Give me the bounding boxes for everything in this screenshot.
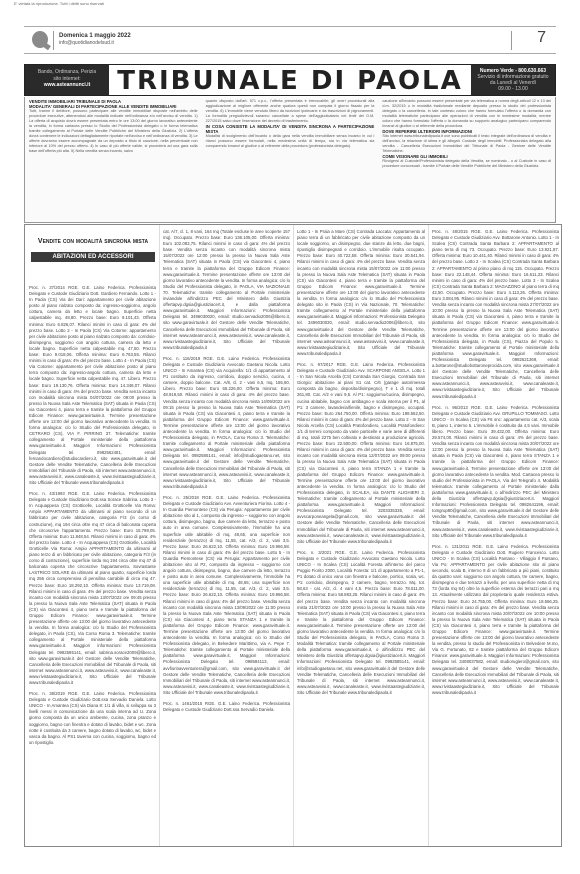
service-hours: 09.00 - 13.00	[498, 86, 527, 92]
listing-item: Proc. n. 38/2019 RGE. G.E. Laino Federic…	[29, 691, 156, 746]
section-title: Vendite con modalità sincrona mista	[31, 237, 155, 246]
column-divider	[428, 225, 429, 846]
listing-item: Proc. n. 37/2014 RGE. G.E. Laino Federic…	[29, 285, 156, 486]
intro-text: Sito internet www.tribunaledipaola.it ov…	[382, 134, 551, 154]
listing-item: Proc. n. 3/2021 RGE. G.E. Laino Federica…	[297, 550, 425, 696]
masthead-left-line: Bando, Ordinanza, Perizia	[38, 69, 96, 75]
listings-frame: Vendite con modalità sincrona mista ABIT…	[24, 224, 562, 847]
listing-item: cat. A/7, cl. 1, 8 vani, 164 mq (Totale …	[163, 229, 290, 351]
listing-item: Proc. n. 97/2017 RGE. G.E. Laino Federic…	[297, 362, 425, 545]
listing-item: Proc. n. 48/2015 RGE. G.E. Laino Federic…	[432, 229, 559, 400]
contact-email[interactable]: info@quotidianodelsud.it	[59, 40, 114, 46]
intro-column: cauzione all'incanto possono essere pres…	[382, 99, 551, 220]
listing-column-1: Proc. n. 37/2014 RGE. G.E. Laino Federic…	[29, 285, 156, 751]
listing-column-4: Proc. n. 48/2015 RGE. G.E. Laino Federic…	[432, 229, 559, 701]
listing-item: Proc. n. 131/2011 RGE. G.E. Laino Federi…	[432, 544, 559, 696]
intro-heading: IN COSA CONSISTE LA MODALITA' DI VENDITA…	[206, 124, 375, 134]
masthead-right-info: Numero Verde - 800.630.663 Servizio di i…	[471, 65, 555, 95]
masthead: Bando, Ordinanza, Perizia sito internet:…	[24, 64, 556, 96]
listing-column-2: cat. A/7, cl. 1, 8 vani, 164 mq (Totale …	[163, 229, 290, 718]
intro-text: Rivolgersi al Custode/Professionista del…	[382, 159, 551, 169]
listing-item: Lotto 1 - In Praia a Mare (CS) Contrada …	[297, 229, 425, 357]
listing-column-3: Lotto 1 - In Praia a Mare (CS) Contrada …	[297, 229, 425, 701]
intro-text: quanto disposto dall'art. 571 c.p.c., l'…	[206, 99, 375, 124]
listing-item: Proc. n. 96/2013 RGE. G.E. Laino Federic…	[432, 405, 559, 539]
divider	[511, 31, 512, 50]
listing-item: Proc. n. 116/2019 RGE. G.E. Laino Federi…	[163, 356, 290, 490]
listing-item: Proc. n. 1461/2015 RGE. G.E. Laino Feder…	[163, 701, 290, 713]
general-terms-box: VENDITE IMMOBILIARI TRIBUNALE DI PAOLA M…	[24, 97, 556, 223]
divider	[53, 31, 54, 50]
column-divider	[293, 225, 294, 846]
newspaper-logo-icon	[32, 31, 48, 48]
masthead-left-line: sito internet:	[53, 76, 80, 82]
page-header: Domenica 1 maggio 2022 info@quotidianode…	[24, 26, 556, 54]
section-header: Vendite con modalità sincrona mista ABIT…	[31, 237, 155, 262]
page-number: 7	[537, 29, 546, 47]
intro-text: Tutti, tranne il debitore, possono parte…	[29, 109, 198, 154]
issue-date: Domenica 1 maggio 2022	[59, 33, 131, 39]
column-divider	[159, 225, 160, 846]
masthead-title: TRIBUNALE DI PAOLA	[109, 65, 471, 95]
intro-column: quanto disposto dall'art. 571 c.p.c., l'…	[206, 99, 375, 220]
listing-item: Proc. n. 25/2018 RGE. G.E. Laino Federic…	[163, 495, 290, 696]
website-link[interactable]: www.asteannunci.it	[25, 82, 109, 89]
masthead-left-info: Bando, Ordinanza, Perizia sito internet:…	[25, 65, 109, 95]
intro-column: VENDITE IMMOBILIARI TRIBUNALE DI PAOLA M…	[29, 99, 198, 220]
category-bar: ABITAZIONI ED ACCESSORI	[31, 252, 155, 262]
copyright-notice: E' vietata la riproduzione. Tutti i diri…	[14, 1, 104, 6]
listing-item: Proc. n. 43/1993 RGE. G.E. Laino Federic…	[29, 491, 156, 686]
intro-text: cauzione all'incanto possono essere pres…	[382, 99, 551, 129]
intro-text: Modalità di svolgimento dell'incanto o d…	[206, 134, 375, 149]
